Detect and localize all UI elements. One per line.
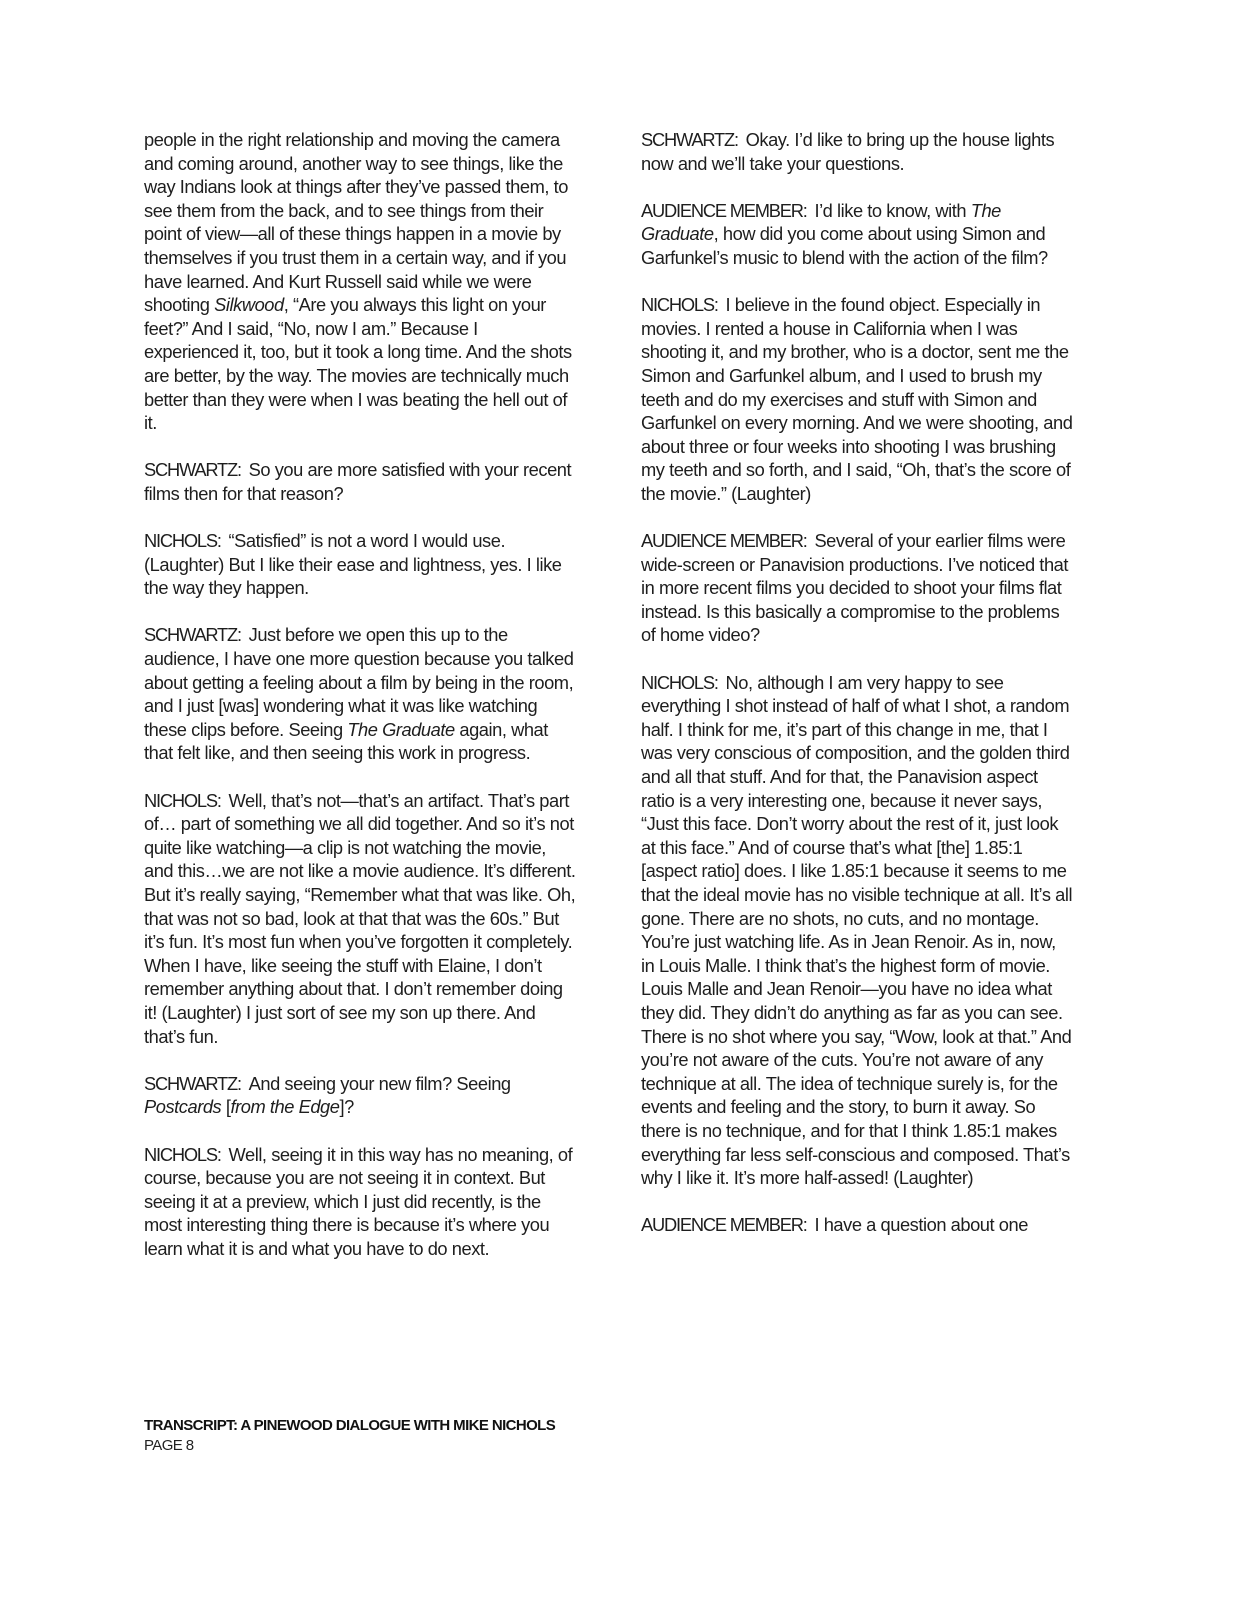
speaker-label: NICHOLS: [641, 672, 726, 693]
italic-title: from the Edge [231, 1096, 340, 1117]
speaker-label: AUDIENCE MEMBER: [641, 530, 814, 551]
transcript-paragraph: people in the right relationship and mov… [144, 128, 576, 435]
paragraph-text: [ [221, 1096, 230, 1117]
paragraph-text: people in the right relationship and mov… [144, 129, 568, 315]
transcript-paragraph: AUDIENCE MEMBER:I’d like to know, with T… [641, 199, 1073, 270]
speaker-label: NICHOLS: [144, 790, 229, 811]
transcript-paragraph: SCHWARTZ:And seeing your new film? Seein… [144, 1072, 576, 1119]
page-number: PAGE 8 [144, 1436, 555, 1456]
paragraph-text: ]? [339, 1096, 353, 1117]
speaker-label: SCHWARTZ: [641, 129, 746, 150]
speaker-label: SCHWARTZ: [144, 1073, 249, 1094]
left-column: people in the right relationship and mov… [144, 128, 576, 1284]
paragraph-text: I believe in the found object. Especiall… [641, 294, 1072, 504]
transcript-paragraph: SCHWARTZ:So you are more satisfied with … [144, 458, 576, 505]
speaker-label: SCHWARTZ: [144, 624, 249, 645]
paragraph-text: Well, that’s not—that’s an artifact. Tha… [144, 790, 576, 1047]
right-column: SCHWARTZ:Okay. I’d like to bring up the … [641, 128, 1073, 1261]
paragraph-text: I have a question about one [814, 1214, 1028, 1235]
page-footer: TRANSCRIPT: A PINEWOOD DIALOGUE WITH MIK… [144, 1416, 555, 1456]
paragraph-text: I’d like to know, with [814, 200, 970, 221]
speaker-label: NICHOLS: [144, 1144, 229, 1165]
italic-title: The Graduate [347, 719, 454, 740]
speaker-label: NICHOLS: [641, 294, 726, 315]
paragraph-text: No, although I am very happy to see ever… [641, 672, 1072, 1188]
transcript-paragraph: NICHOLS:Well, that’s not—that’s an artif… [144, 789, 576, 1049]
paragraph-text: And seeing your new film? Seeing [249, 1073, 511, 1094]
transcript-paragraph: NICHOLS:“Satisfied” is not a word I woul… [144, 529, 576, 600]
speaker-label: NICHOLS: [144, 530, 229, 551]
transcript-paragraph: AUDIENCE MEMBER:Several of your earlier … [641, 529, 1073, 647]
transcript-paragraph: NICHOLS:I believe in the found object. E… [641, 293, 1073, 505]
italic-title: Postcards [144, 1096, 221, 1117]
footer-title: TRANSCRIPT: A PINEWOOD DIALOGUE WITH MIK… [144, 1416, 555, 1436]
transcript-paragraph: SCHWARTZ:Just before we open this up to … [144, 623, 576, 765]
speaker-label: AUDIENCE MEMBER: [641, 200, 814, 221]
italic-title: Silkwood [214, 294, 284, 315]
speaker-label: AUDIENCE MEMBER: [641, 1214, 814, 1235]
transcript-paragraph: AUDIENCE MEMBER:I have a question about … [641, 1213, 1073, 1237]
speaker-label: SCHWARTZ: [144, 459, 249, 480]
transcript-paragraph: NICHOLS:Well, seeing it in this way has … [144, 1143, 576, 1261]
transcript-paragraph: SCHWARTZ:Okay. I’d like to bring up the … [641, 128, 1073, 175]
transcript-paragraph: NICHOLS:No, although I am very happy to … [641, 671, 1073, 1190]
